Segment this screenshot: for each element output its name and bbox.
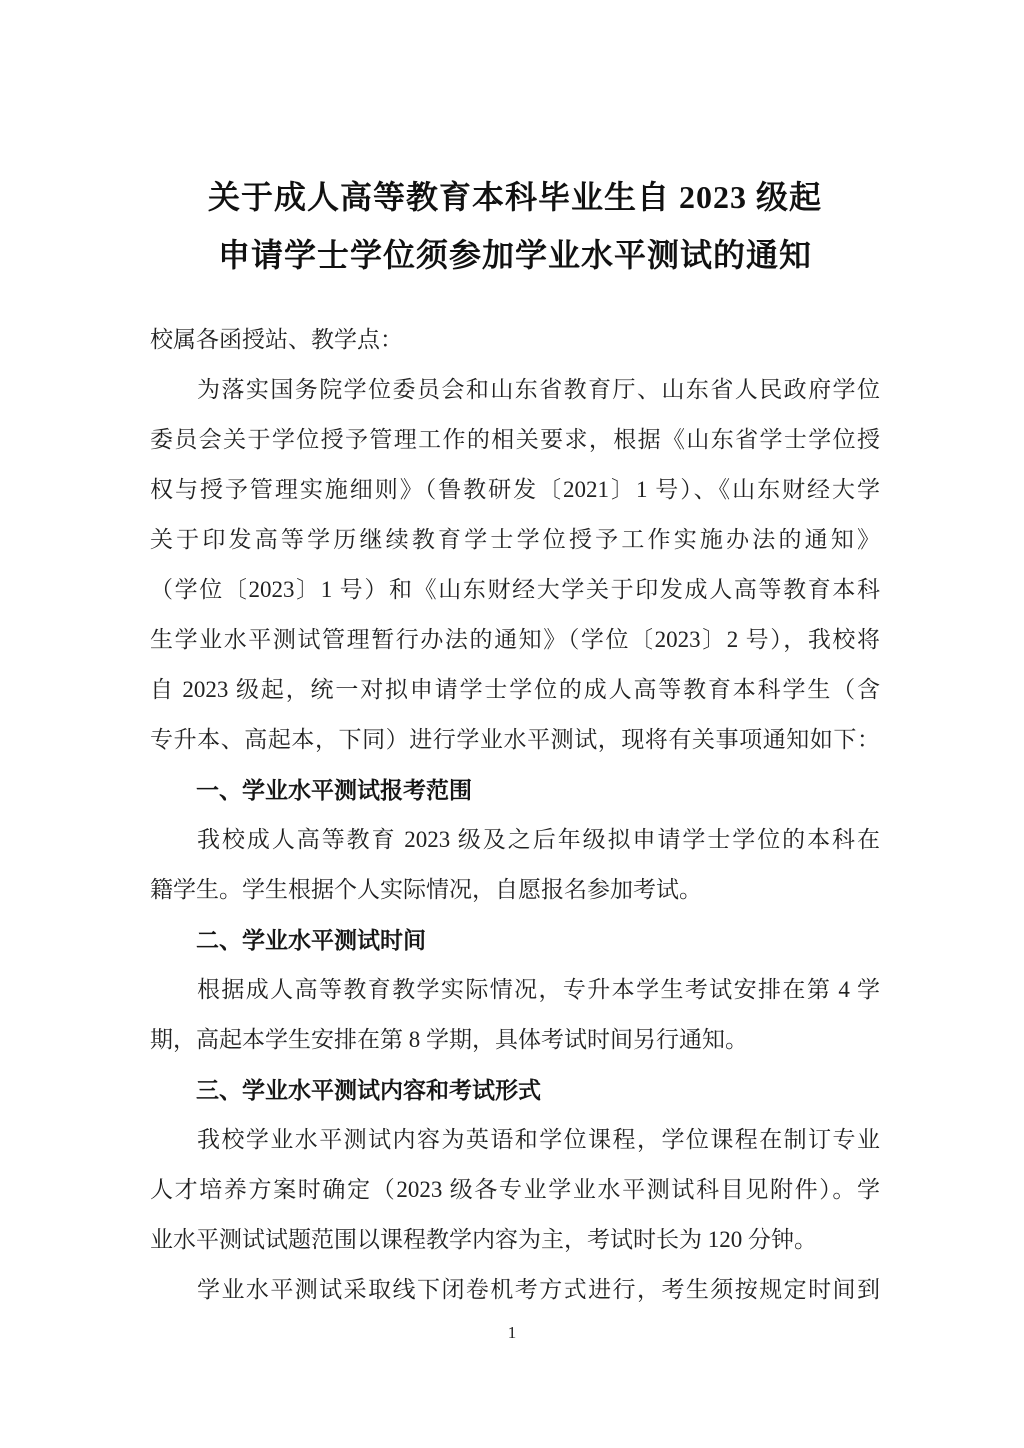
paragraph-1-line: 自 2023 级起，统一对拟申请学士学位的成人高等教育本科学生（含: [150, 665, 880, 715]
paragraph-1-line: 委员会关于学位授予管理工作的相关要求，根据《山东省学士学位授: [150, 415, 880, 465]
paragraph-5-line: 学业水平测试采取线下闭卷机考方式进行，考生须按规定时间到: [150, 1265, 880, 1315]
document-title: 关于成人高等教育本科毕业生自 2023 级起 申请学士学位须参加学业水平测试的通…: [150, 168, 880, 284]
title-line-2: 申请学士学位须参加学业水平测试的通知: [150, 226, 880, 284]
paragraph-1-line: （学位〔2023〕1 号）和《山东财经大学关于印发成人高等教育本科: [150, 565, 880, 615]
title-line-1: 关于成人高等教育本科毕业生自 2023 级起: [150, 168, 880, 226]
document-content: 关于成人高等教育本科毕业生自 2023 级起 申请学士学位须参加学业水平测试的通…: [150, 0, 880, 1315]
paragraph-3-line: 期，高起本学生安排在第 8 学期，具体考试时间另行通知。: [150, 1015, 880, 1065]
paragraph-4-line: 人才培养方案时确定（2023 级各专业学业水平测试科目见附件）。学: [150, 1165, 880, 1215]
paragraph-4-line: 业水平测试试题范围以课程教学内容为主，考试时长为 120 分钟。: [150, 1215, 880, 1265]
document-body: 校属各函授站、教学点： 为落实国务院学位委员会和山东省教育厅、山东省人民政府学位…: [150, 315, 880, 1315]
paragraph-2-line: 我校成人高等教育 2023 级及之后年级拟申请学士学位的本科在: [150, 815, 880, 865]
paragraph-1-line: 关于印发高等学历继续教育学士学位授予工作实施办法的通知》: [150, 515, 880, 565]
document-page: 关于成人高等教育本科毕业生自 2023 级起 申请学士学位须参加学业水平测试的通…: [0, 0, 1024, 1448]
section-heading-1: 一、学业水平测试报考范围: [150, 765, 880, 815]
page-number: 1: [0, 1319, 1024, 1347]
paragraph-1-line: 生学业水平测试管理暂行办法的通知》（学位〔2023〕2 号），我校将: [150, 615, 880, 665]
paragraph-1-line: 为落实国务院学位委员会和山东省教育厅、山东省人民政府学位: [150, 365, 880, 415]
paragraph-1-line: 专升本、高起本，下同）进行学业水平测试，现将有关事项通知如下：: [150, 715, 880, 765]
paragraph-1-line: 权与授予管理实施细则》（鲁教研发〔2021〕1 号）、《山东财经大学: [150, 465, 880, 515]
salutation: 校属各函授站、教学点：: [150, 315, 880, 365]
paragraph-3-line: 根据成人高等教育教学实际情况，专升本学生考试安排在第 4 学: [150, 965, 880, 1015]
paragraph-4-line: 我校学业水平测试内容为英语和学位课程，学位课程在制订专业: [150, 1115, 880, 1165]
paragraph-2-line: 籍学生。学生根据个人实际情况，自愿报名参加考试。: [150, 865, 880, 915]
section-heading-2: 二、学业水平测试时间: [150, 915, 880, 965]
section-heading-3: 三、学业水平测试内容和考试形式: [150, 1065, 880, 1115]
